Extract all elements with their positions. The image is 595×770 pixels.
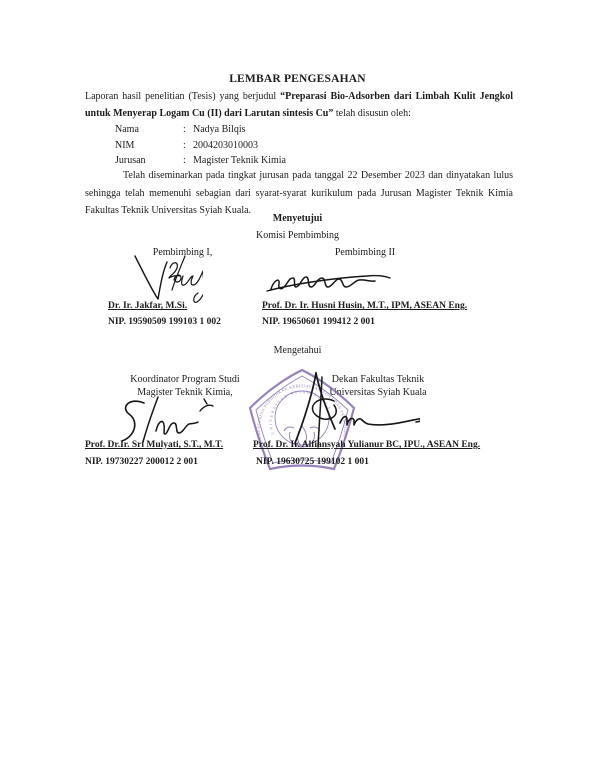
statement-paragraph: Telah diseminarkan pada tingkat jurusan … (85, 167, 513, 220)
info-label: Nama (115, 122, 183, 138)
student-info: Nama:Nadya Bilqis NIM:2004203010003 Juru… (115, 122, 286, 169)
info-row-nama: Nama:Nadya Bilqis (115, 122, 286, 138)
supervisor-1-nip: NIP. 19590509 199103 1 002 (108, 317, 221, 327)
coordinator-nip: NIP. 19730227 200012 2 001 (85, 457, 198, 467)
signature-coordinator (112, 395, 218, 445)
acknowledgement-heading: Mengetahui (0, 345, 595, 356)
approval-heading: Menyetujui (0, 213, 595, 224)
role-pembimbing-2: Pembimbing II (265, 247, 465, 258)
document-page: LEMBAR PENGESAHAN Laporan hasil peneliti… (0, 0, 595, 770)
info-value: Nadya Bilqis (193, 122, 246, 138)
page-title: LEMBAR PENGESAHAN (0, 73, 595, 85)
signature-pembimbing-1 (127, 252, 203, 304)
signature-dean (280, 369, 420, 451)
dean-nip: NIP. 19630725 199102 1 001 (256, 457, 369, 467)
intro-paragraph: Laporan hasil penelitian (Tesis) yang be… (85, 88, 513, 122)
info-separator: : (183, 122, 193, 138)
info-label: NIM (115, 138, 183, 154)
info-row-nim: NIM:2004203010003 (115, 138, 286, 154)
signature-pembimbing-2 (263, 269, 395, 297)
approval-subheading: Komisi Pembimbing (0, 230, 595, 241)
supervisor-2-name: Prof. Dr. Ir. Husni Husin, M.T., IPM, AS… (262, 301, 467, 311)
coordinator-role-line1: Koordinator Program Studi (118, 374, 252, 387)
supervisor-1-name: Dr. Ir. Jakfar, M.Si. (108, 301, 187, 311)
supervisor-2-nip: NIP. 19650601 199412 2 001 (262, 317, 375, 327)
intro-suffix: telah disusun oleh: (333, 108, 411, 119)
info-separator: : (183, 138, 193, 154)
dean-name: Prof. Dr. Ir. Alfiansyah Yulianur BC, IP… (253, 440, 480, 450)
info-value: 2004203010003 (193, 138, 258, 154)
intro-prefix: Laporan hasil penelitian (Tesis) yang be… (85, 91, 280, 102)
coordinator-name: Prof. Dr.Ir. Sri Mulyati, S.T., M.T. (85, 440, 223, 450)
